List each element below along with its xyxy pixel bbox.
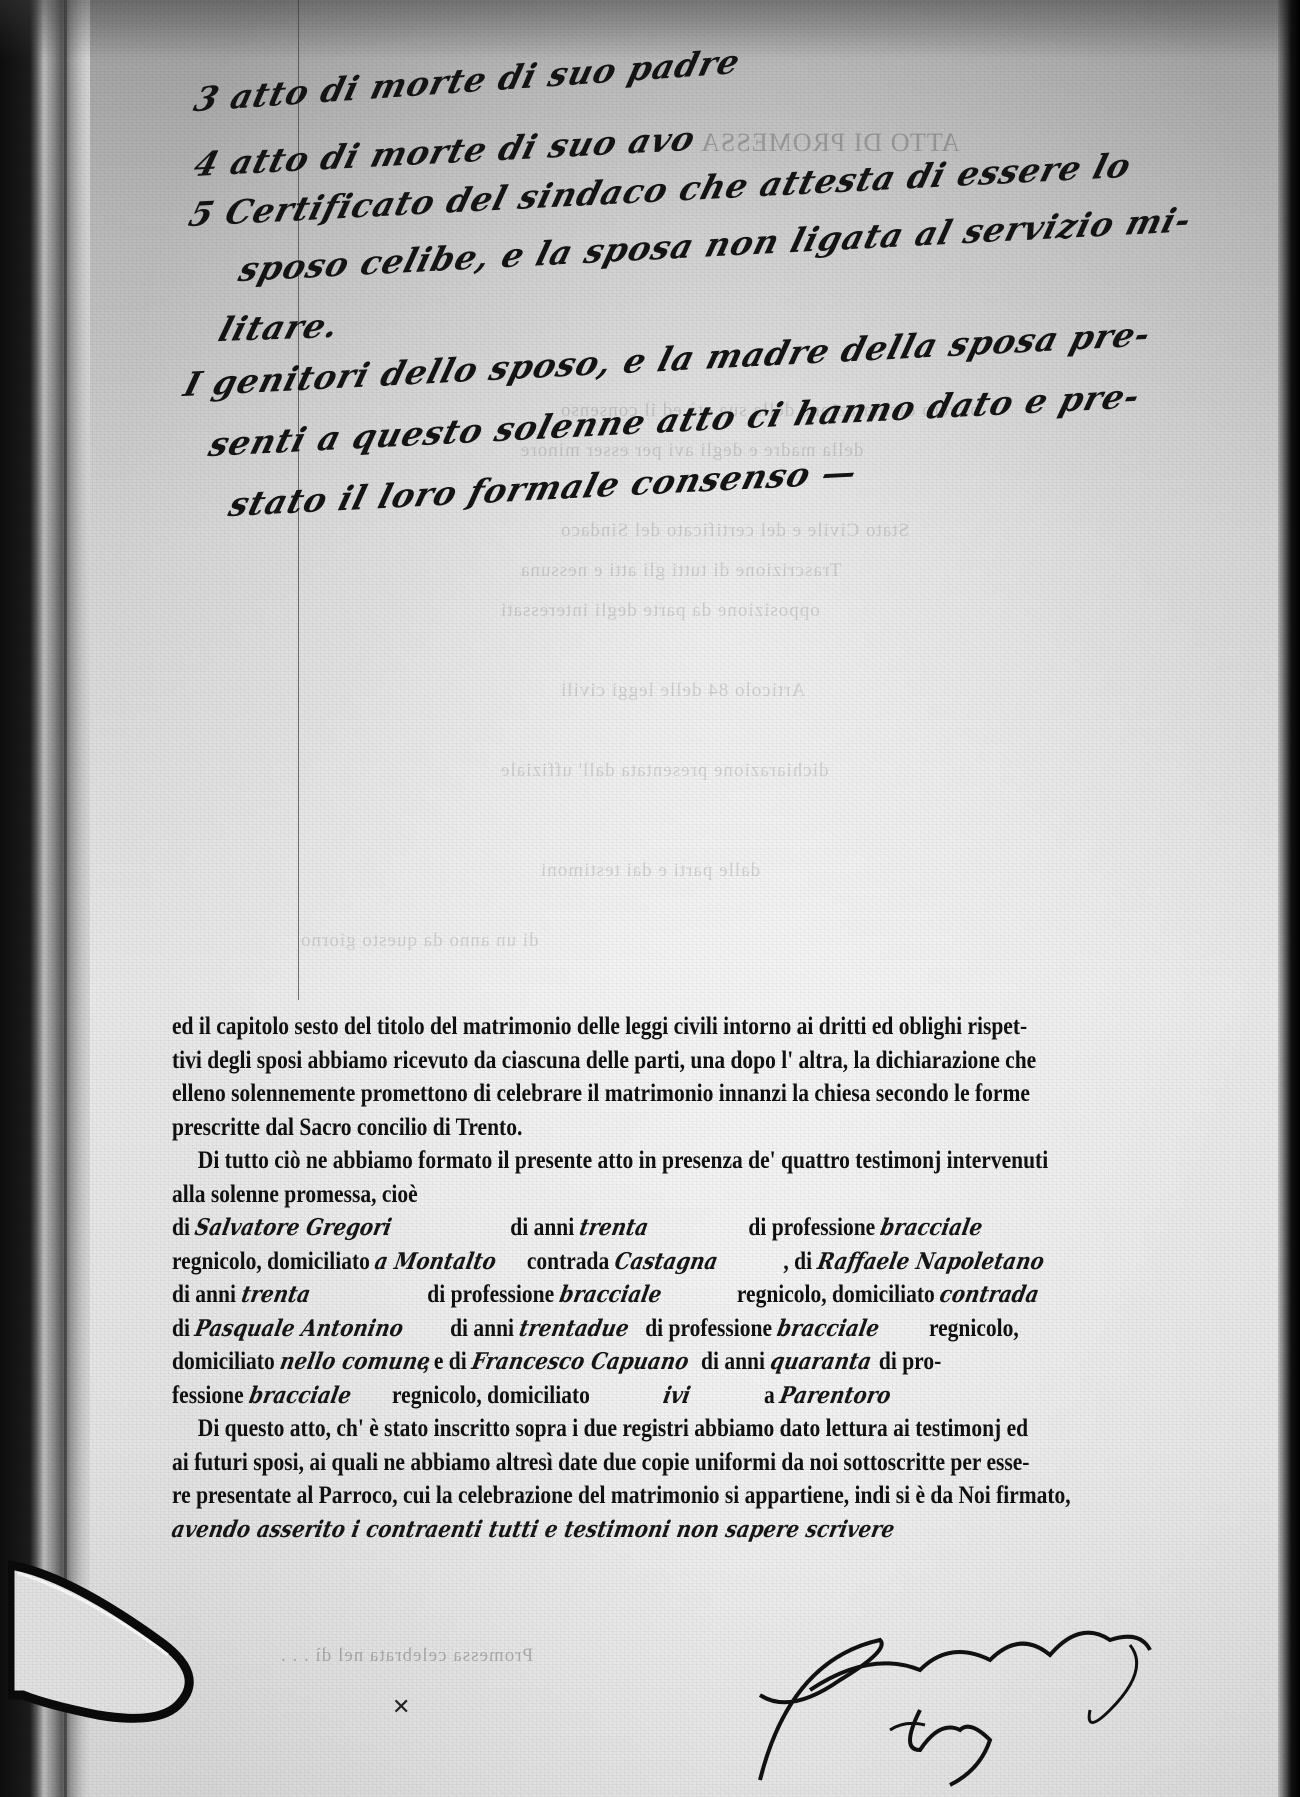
witness-profession-field: bracciale xyxy=(556,1278,734,1312)
text-line: prescritte dal Sacro concilio di Trento. xyxy=(172,1111,1116,1145)
label: di professione xyxy=(748,1214,875,1241)
label: regnicolo, xyxy=(929,1315,1019,1342)
witness-domicile-field: nello comune xyxy=(277,1345,421,1379)
metal-clasp-icon xyxy=(8,1555,208,1730)
text-line: Di tutto ciò ne abbiamo formato il prese… xyxy=(172,1144,1116,1178)
text-line: Di questo atto, ch' è stato inscritto so… xyxy=(172,1412,1116,1446)
label: domiciliato xyxy=(172,1348,275,1375)
text-line: ed il capitolo sesto del titolo del matr… xyxy=(172,1010,1116,1044)
witness-4-line: fessione bracciale regnicolo, domiciliat… xyxy=(172,1379,1116,1413)
witness-name-field: Francesco Capuano xyxy=(469,1345,699,1379)
label: fessione xyxy=(172,1382,244,1409)
note-marker: 3 xyxy=(190,78,224,119)
paragraph-legal-reference: ed il capitolo sesto del titolo del matr… xyxy=(172,1010,1116,1144)
witness-profession-field: bracciale xyxy=(774,1312,926,1346)
paragraph-reading-and-signature: Di questo atto, ch' è stato inscritto so… xyxy=(172,1412,1116,1546)
label: regnicolo, domiciliato xyxy=(392,1382,590,1409)
svg-text:Il Sindaco / Giusti: Il Sindaco / Giusti xyxy=(690,1600,698,1601)
label: di anni xyxy=(510,1214,574,1241)
right-page-edge xyxy=(1278,0,1300,1797)
witness-name-field: Pasquale Antonino xyxy=(192,1312,448,1346)
witness-1-line: di Salvatore Gregori di anni trenta di p… xyxy=(172,1211,1116,1245)
witness-age-field: quaranta xyxy=(767,1345,876,1379)
witness-profession-field: bracciale xyxy=(246,1379,390,1413)
witness-profession-field: bracciale xyxy=(878,1211,986,1245)
note-line: stato il loro formale consenso — xyxy=(225,452,862,524)
label: di professione xyxy=(645,1315,772,1342)
witness-domicile-field: contrada xyxy=(937,1278,1042,1312)
label: a xyxy=(764,1382,775,1409)
label: di professione xyxy=(427,1281,554,1308)
witness-age-field: trenta xyxy=(238,1278,425,1312)
label: contrada xyxy=(527,1248,609,1275)
text-line: alla solenne promessa, cioè xyxy=(172,1178,1116,1212)
note-marker: 5 xyxy=(185,193,220,234)
note-marker: 4 xyxy=(190,143,225,184)
label: regnicolo, domiciliato xyxy=(172,1248,370,1275)
witness-domicile-field: a Montalto xyxy=(372,1245,524,1279)
label: di pro- xyxy=(879,1348,941,1375)
ink-blot: ✕ xyxy=(392,1695,410,1720)
label: , di xyxy=(783,1248,812,1275)
witness-3-domicile-line: domiciliato nello comune , e di Francesc… xyxy=(172,1345,1116,1379)
witness-1-domicile-line: regnicolo, domiciliato a Montalto contra… xyxy=(172,1245,1116,1279)
label: regnicolo, domiciliato xyxy=(737,1281,935,1308)
paragraph-witnesses: Di tutto ciò ne abbiamo formato il prese… xyxy=(172,1144,1116,1412)
book-binding-gutter xyxy=(0,0,90,1797)
witness-age-field: trentadue xyxy=(516,1312,643,1346)
witness-place-field: Parentoro xyxy=(777,1379,894,1413)
closing-note: avendo asserito i contraenti tutti e tes… xyxy=(169,1513,897,1547)
witness-age-field: trenta xyxy=(577,1211,747,1245)
text-line: tivi degli sposi abbiamo ricevuto da cia… xyxy=(172,1044,1116,1078)
witness-2-line: di anni trenta di professione bracciale … xyxy=(172,1278,1116,1312)
text-line: re presentate al Parroco, cui la celebra… xyxy=(172,1479,1116,1513)
note-text: stato il loro formale consenso — xyxy=(225,452,862,524)
witness-street-field: Castagna xyxy=(612,1245,782,1279)
binding-crease xyxy=(64,0,67,1797)
witness-name-field: Salvatore Gregori xyxy=(192,1211,508,1245)
scanned-document-page: ATTO DI PROMESSA ovvero dichiarazione de… xyxy=(0,0,1300,1797)
label: di anni xyxy=(701,1348,765,1375)
label: di xyxy=(172,1315,190,1342)
closing-handwritten-line: avendo asserito i contraenti tutti e tes… xyxy=(172,1513,1116,1547)
label: di xyxy=(172,1214,190,1241)
note-text: litare. xyxy=(214,306,344,350)
witness-3-line: di Pasquale Antonino di anni trentadue d… xyxy=(172,1312,1116,1346)
witness-name-field: Raffaele Napoletano xyxy=(814,1245,1046,1279)
text-line: elleno solennemente promettono di celebr… xyxy=(172,1077,1116,1111)
label: di anni xyxy=(172,1281,236,1308)
text-line: ai futuri sposi, ai quali ne abbiamo alt… xyxy=(172,1446,1116,1480)
label: di anni xyxy=(450,1315,514,1342)
note-line: litare. xyxy=(214,306,344,350)
printed-form-text: ed il capitolo sesto del titolo del matr… xyxy=(172,1010,1116,1546)
witness-domicile-field: ivi xyxy=(592,1379,762,1413)
official-signature: Il Sindaco / Giusti xyxy=(690,1600,1210,1790)
